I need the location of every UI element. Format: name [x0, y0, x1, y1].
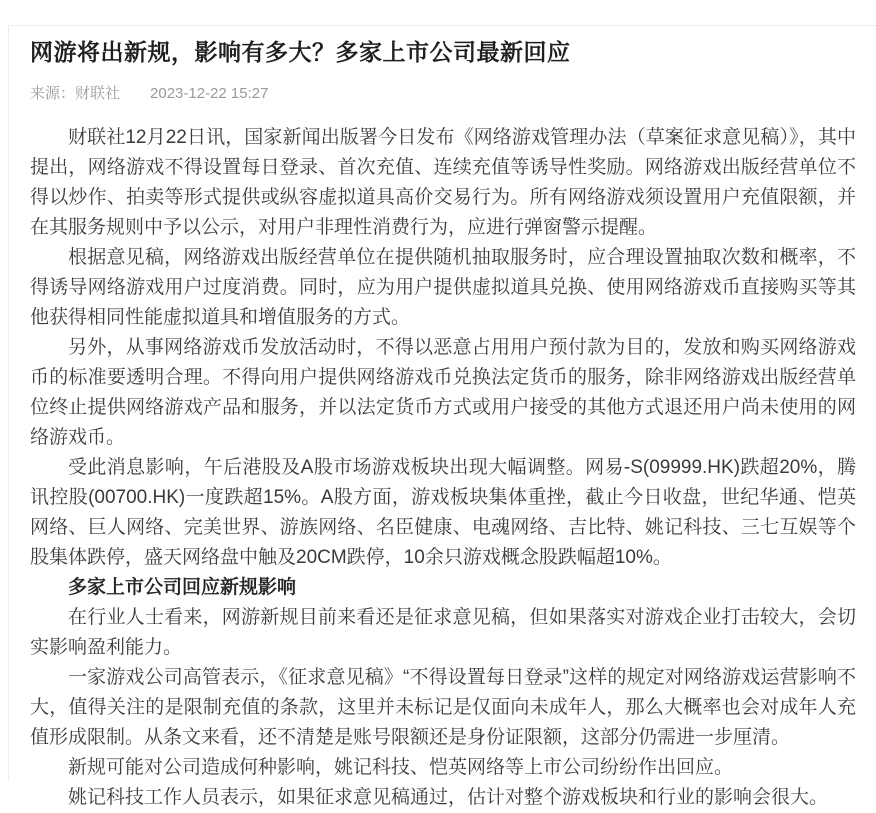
paragraph: 受此消息影响，午后港股及A股市场游戏板块出现大幅调整。网易-S(09999.HK…	[30, 453, 856, 573]
paragraph: 根据意见稿，网络游戏出版经营单位在提供随机抽取服务时，应合理设置抽取次数和概率，…	[30, 243, 856, 333]
paragraph: 新规可能对公司造成何种影响，姚记科技、恺英网络等上市公司纷纷作出回应。	[30, 753, 856, 781]
paragraph: 另外，从事网络游戏币发放活动时，不得以恶意占用用户预付款为目的，发放和购买网络游…	[30, 333, 856, 453]
article-timestamp: 2023-12-22 15:27	[150, 85, 268, 102]
page-title: 网游将出新规，影响有多大？多家上市公司最新回应	[30, 37, 856, 68]
article-meta: 来源：财联社 2023-12-22 15:27	[30, 82, 856, 103]
article-body: 财联社12月22日讯，国家新闻出版署今日发布《网络游戏管理办法（草案征求意见稿）…	[30, 123, 856, 781]
paragraph: 财联社12月22日讯，国家新闻出版署今日发布《网络游戏管理办法（草案征求意见稿）…	[30, 123, 856, 243]
section-subheading: 多家上市公司回应新规影响	[30, 573, 856, 603]
article-card: 网游将出新规，影响有多大？多家上市公司最新回应 来源：财联社 2023-12-2…	[8, 25, 876, 781]
article-source: 来源：财联社	[30, 82, 120, 103]
paragraph: 在行业人士看来，网游新规目前来看还是征求意见稿，但如果落实对游戏企业打击较大，会…	[30, 603, 856, 663]
paragraph: 一家游戏公司高管表示，《征求意见稿》“不得设置每日登录”这样的规定对网络游戏运营…	[30, 663, 856, 753]
